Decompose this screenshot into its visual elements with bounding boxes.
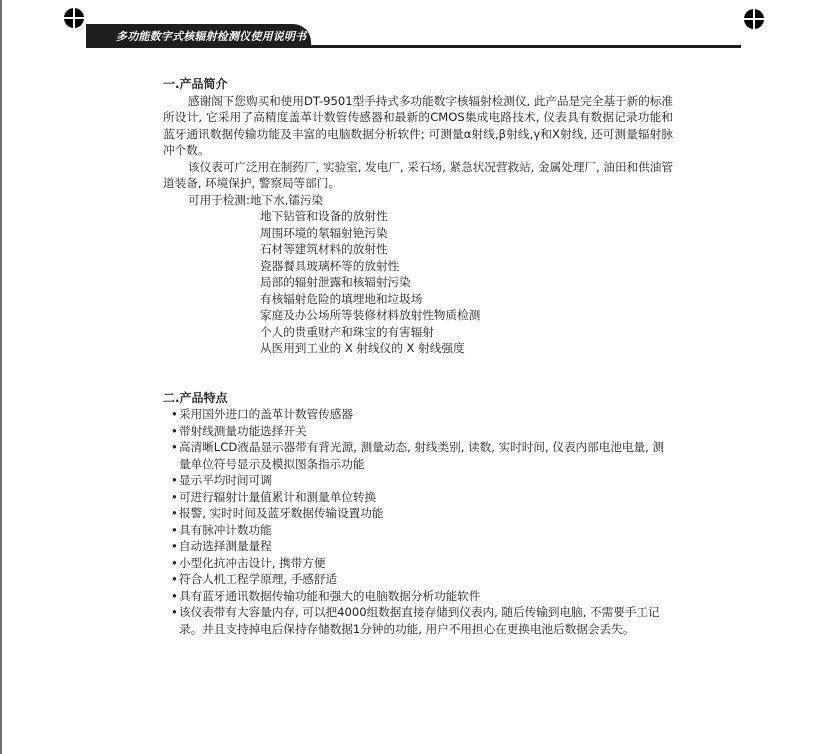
detect-list: 地下钻管和设备的放射性 周围环境的氡辐射铯污染 石材等建筑材料的放射性 瓷器餐具… <box>163 208 673 357</box>
section-spacer <box>163 357 673 390</box>
detect-item: 周围环境的氡辐射铯污染 <box>260 225 673 242</box>
feature-item: 显示平均时间可调 <box>172 472 673 489</box>
usage-paragraph: 该仪表可广泛用在制药厂, 实验室, 发电厂, 采石场, 紧急状况营救站, 金属处… <box>163 159 673 192</box>
feature-item: 报警, 实时时间及蓝牙数据传输设置功能 <box>172 505 673 522</box>
detect-item: 地下钻管和设备的放射性 <box>260 208 673 225</box>
detect-item: 个人的贵重财产和珠宝的有害辐射 <box>260 324 673 341</box>
detect-label: 可用于检测: <box>163 192 250 209</box>
feature-item: 符合人机工程学原理, 手感舒适 <box>172 571 673 588</box>
feature-item: 小型化抗冲击设计, 携带方便 <box>172 555 673 572</box>
detect-item: 地下水,镭污染 <box>250 192 323 209</box>
detect-item: 从医用到工业的 X 射线仪的 X 射线强度 <box>260 340 673 357</box>
page-edge <box>0 0 2 754</box>
feature-list: 采用国外进口的盖革计数管传感器 带射线测量功能选择开关 高清晰LCD液晶显示器带… <box>163 406 673 637</box>
manual-title: 多功能数字式核辐射检测仪使用说明书 <box>116 28 306 44</box>
document-body: 一.产品简介 感谢阁下您购买和使用DT-9501型手持式多功能数字核辐射检测仪,… <box>163 76 673 637</box>
detect-item: 局部的辐射泄露和核辐射污染 <box>260 274 673 291</box>
feature-item: 带射线测量功能选择开关 <box>172 423 673 440</box>
crosshair-registration-icon <box>744 9 764 29</box>
detect-item: 家庭及办公场所等装修材料放射性物质检测 <box>260 307 673 324</box>
feature-item: 该仪表带有大容量内存, 可以把4000组数据直接存储到仪表内, 随后传输到电脑,… <box>172 604 673 637</box>
detect-item: 有核辐射危险的填埋地和垃圾场 <box>260 291 673 308</box>
feature-item: 具有脉冲计数功能 <box>172 522 673 539</box>
feature-item: 具有蓝牙通讯数据传输功能和强大的电脑数据分析功能软件 <box>172 588 673 605</box>
intro-paragraph: 感谢阁下您购买和使用DT-9501型手持式多功能数字核辐射检测仪, 此产品是完全… <box>163 93 673 159</box>
feature-item: 高清晰LCD液晶显示器带有背光源, 测量动态, 射线类别, 读数, 实时时间, … <box>172 439 673 472</box>
feature-item: 可进行辐射计量值累计和测量单位转换 <box>172 489 673 506</box>
feature-item: 自动选择测量量程 <box>172 538 673 555</box>
section-title-features: 二.产品特点 <box>163 390 673 407</box>
header-rule <box>86 45 741 48</box>
detect-item: 石材等建筑材料的放射性 <box>260 241 673 258</box>
detect-item: 瓷器餐具玻璃杯等的放射性 <box>260 258 673 275</box>
detection-uses: 可用于检测: 地下水,镭污染 <box>163 192 673 209</box>
section-title-intro: 一.产品简介 <box>163 76 673 93</box>
feature-item: 采用国外进口的盖革计数管传感器 <box>172 406 673 423</box>
crosshair-registration-icon <box>64 8 84 28</box>
